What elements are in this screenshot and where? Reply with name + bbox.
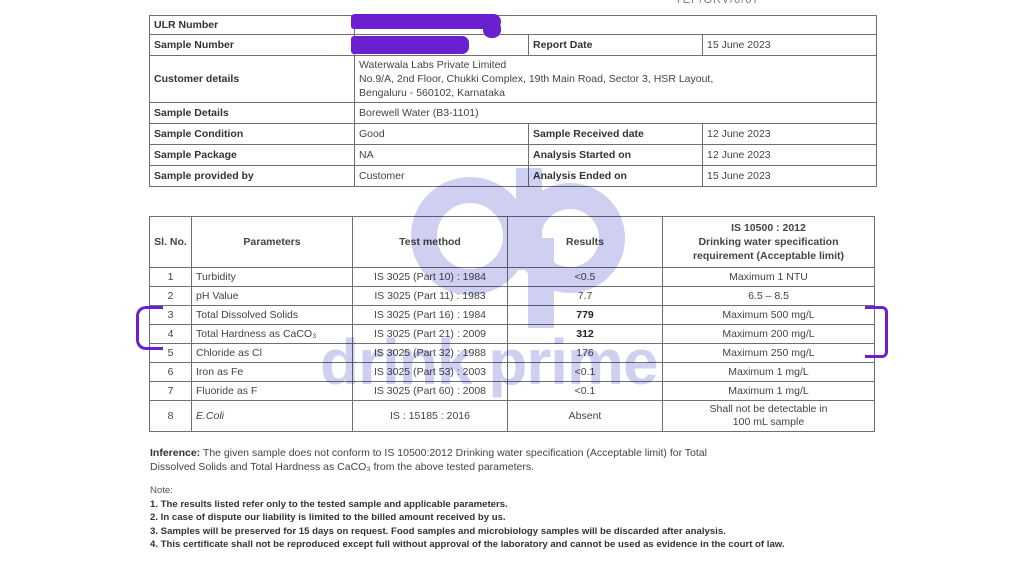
parameter-cell: Turbidity (192, 268, 353, 287)
sample-condition-label: Sample Condition (150, 124, 355, 145)
analysis-ended-value: 15 June 2023 (703, 166, 877, 187)
sample-number-row: Sample Number Report Date 15 June 2023 (150, 35, 877, 56)
acceptable-limit-cell: Maximum 1 mg/L (663, 363, 875, 382)
results-body: 1TurbidityIS 3025 (Part 10) : 1984<0.5Ma… (150, 268, 875, 432)
sl-no-cell: 7 (150, 382, 192, 401)
result-cell: 176 (508, 344, 663, 363)
result-cell: 779 (508, 306, 663, 325)
note-item: 2. In case of dispute our liability is l… (150, 511, 870, 525)
test-results-table: Sl. No. Parameters Test method Results I… (149, 216, 875, 432)
results-header: Results (508, 217, 663, 268)
sample-number-redaction-mark (351, 36, 469, 54)
sample-condition-value: Good (355, 124, 529, 145)
test-method-cell: IS 3025 (Part 11) : 1983 (353, 287, 508, 306)
sample-info-table: ULR Number Sample Number Report Date 15 … (149, 15, 877, 187)
parameter-cell: Iron as Fe (192, 363, 353, 382)
analysis-ended-label: Analysis Ended on (529, 166, 703, 187)
analysis-started-label: Analysis Started on (529, 145, 703, 166)
ulr-row: ULR Number (150, 16, 877, 35)
sample-package-value: NA (355, 145, 529, 166)
result-cell: <0.1 (508, 382, 663, 401)
sample-details-row: Sample Details Borewell Water (B3-1101) (150, 103, 877, 124)
customer-address-line1: No.9/A, 2nd Floor, Chukki Complex, 19th … (359, 72, 872, 86)
sample-received-label: Sample Received date (529, 124, 703, 145)
acceptable-limit-cell: 6.5 – 8.5 (663, 287, 875, 306)
highlight-bracket-right (865, 306, 888, 358)
parameter-cell: Fluoride as F (192, 382, 353, 401)
test-method-cell: IS 3025 (Part 16) : 1984 (353, 306, 508, 325)
parameter-cell: Total Dissolved Solids (192, 306, 353, 325)
spec-header-line2: Drinking water specification (667, 235, 870, 249)
results-header-row: Sl. No. Parameters Test method Results I… (150, 217, 875, 268)
note-item: 4. This certificate shall not be reprodu… (150, 538, 870, 552)
sample-details-label: Sample Details (150, 103, 355, 124)
parameter-cell: Chloride as Cl (192, 344, 353, 363)
parameter-cell: pH Value (192, 287, 353, 306)
test-method-cell: IS 3025 (Part 10) : 1984 (353, 268, 508, 287)
result-cell: Absent (508, 401, 663, 432)
sl-no-cell: 6 (150, 363, 192, 382)
customer-details-label: Customer details (150, 56, 355, 103)
inference-statement: Inference: The given sample does not con… (150, 446, 850, 474)
acceptable-limit-cell: Maximum 1 mg/L (663, 382, 875, 401)
table-row: 4Total Hardness as CaCO₃IS 3025 (Part 21… (150, 325, 875, 344)
parameter-cell: Total Hardness as CaCO₃ (192, 325, 353, 344)
sample-provided-row: Sample provided by Customer Analysis End… (150, 166, 877, 187)
specification-header: IS 10500 : 2012 Drinking water specifica… (663, 217, 875, 268)
inference-text-line1: The given sample does not conform to IS … (200, 447, 707, 459)
document-reference: TEP/ORV/0/07 (675, 0, 760, 6)
test-method-cell: IS 3025 (Part 60) : 2008 (353, 382, 508, 401)
test-method-cell: IS : 15185 : 2016 (353, 401, 508, 432)
lab-report-page: TEP/ORV/0/07 ULR Number Sample Number Re… (0, 0, 1024, 576)
test-method-header: Test method (353, 217, 508, 268)
spec-header-line1: IS 10500 : 2012 (667, 221, 870, 235)
inference-text-line2: Dissolved Solids and Total Hardness as C… (150, 461, 534, 473)
test-method-cell: IS 3025 (Part 32) : 1988 (353, 344, 508, 363)
sample-details-value: Borewell Water (B3-1101) (355, 103, 877, 124)
sample-provided-value: Customer (355, 166, 529, 187)
parameters-header: Parameters (192, 217, 353, 268)
sample-package-label: Sample Package (150, 145, 355, 166)
spec-header-line3: requirement (Acceptable limit) (667, 249, 870, 263)
report-date-value: 15 June 2023 (703, 35, 877, 56)
result-cell: 312 (508, 325, 663, 344)
table-row: 5Chloride as ClIS 3025 (Part 32) : 19881… (150, 344, 875, 363)
table-row: 6Iron as FeIS 3025 (Part 53) : 2003<0.1M… (150, 363, 875, 382)
sample-condition-row: Sample Condition Good Sample Received da… (150, 124, 877, 145)
notes-section: Note: 1. The results listed refer only t… (150, 484, 870, 552)
customer-details-row: Customer details Waterwala Labs Private … (150, 56, 877, 103)
analysis-started-value: 12 June 2023 (703, 145, 877, 166)
sample-package-row: Sample Package NA Analysis Started on 12… (150, 145, 877, 166)
parameter-cell: E.Coli (192, 401, 353, 432)
acceptable-limit-cell: Maximum 250 mg/L (663, 344, 875, 363)
sample-number-label: Sample Number (150, 35, 355, 56)
customer-details-value: Waterwala Labs Private Limited No.9/A, 2… (355, 56, 877, 103)
note-item: 1. The results listed refer only to the … (150, 498, 870, 512)
sample-provided-label: Sample provided by (150, 166, 355, 187)
notes-title: Note: (150, 484, 870, 498)
test-method-cell: IS 3025 (Part 53) : 2003 (353, 363, 508, 382)
result-cell: 7.7 (508, 287, 663, 306)
table-row: 1TurbidityIS 3025 (Part 10) : 1984<0.5Ma… (150, 268, 875, 287)
acceptable-limit-cell: Maximum 1 NTU (663, 268, 875, 287)
inference-label: Inference: (150, 447, 200, 459)
table-row: 8E.ColiIS : 15185 : 2016AbsentShall not … (150, 401, 875, 432)
acceptable-limit-cell: Maximum 500 mg/L (663, 306, 875, 325)
acceptable-limit-cell: Maximum 200 mg/L (663, 325, 875, 344)
ulr-number-label: ULR Number (150, 16, 355, 35)
report-date-label: Report Date (529, 35, 703, 56)
table-row: 3Total Dissolved SolidsIS 3025 (Part 16)… (150, 306, 875, 325)
limit-line: Shall not be detectable in (667, 403, 870, 416)
acceptable-limit-cell: Shall not be detectable in100 mL sample (663, 401, 875, 432)
ulr-redaction-mark (351, 14, 501, 29)
limit-line: 100 mL sample (667, 416, 870, 429)
table-row: 7Fluoride as FIS 3025 (Part 60) : 2008<0… (150, 382, 875, 401)
sl-no-header: Sl. No. (150, 217, 192, 268)
sample-received-value: 12 June 2023 (703, 124, 877, 145)
table-row: 2pH ValueIS 3025 (Part 11) : 19837.76.5 … (150, 287, 875, 306)
customer-address-line2: Bengaluru - 560102, Karnataka (359, 86, 872, 100)
sl-no-cell: 8 (150, 401, 192, 432)
sl-no-cell: 2 (150, 287, 192, 306)
sl-no-cell: 1 (150, 268, 192, 287)
ulr-redaction-tail (483, 20, 501, 38)
test-method-cell: IS 3025 (Part 21) : 2009 (353, 325, 508, 344)
result-cell: <0.5 (508, 268, 663, 287)
result-cell: <0.1 (508, 363, 663, 382)
note-item: 3. Samples will be preserved for 15 days… (150, 525, 870, 539)
customer-name: Waterwala Labs Private Limited (359, 58, 872, 72)
highlight-bracket-left (136, 306, 163, 350)
